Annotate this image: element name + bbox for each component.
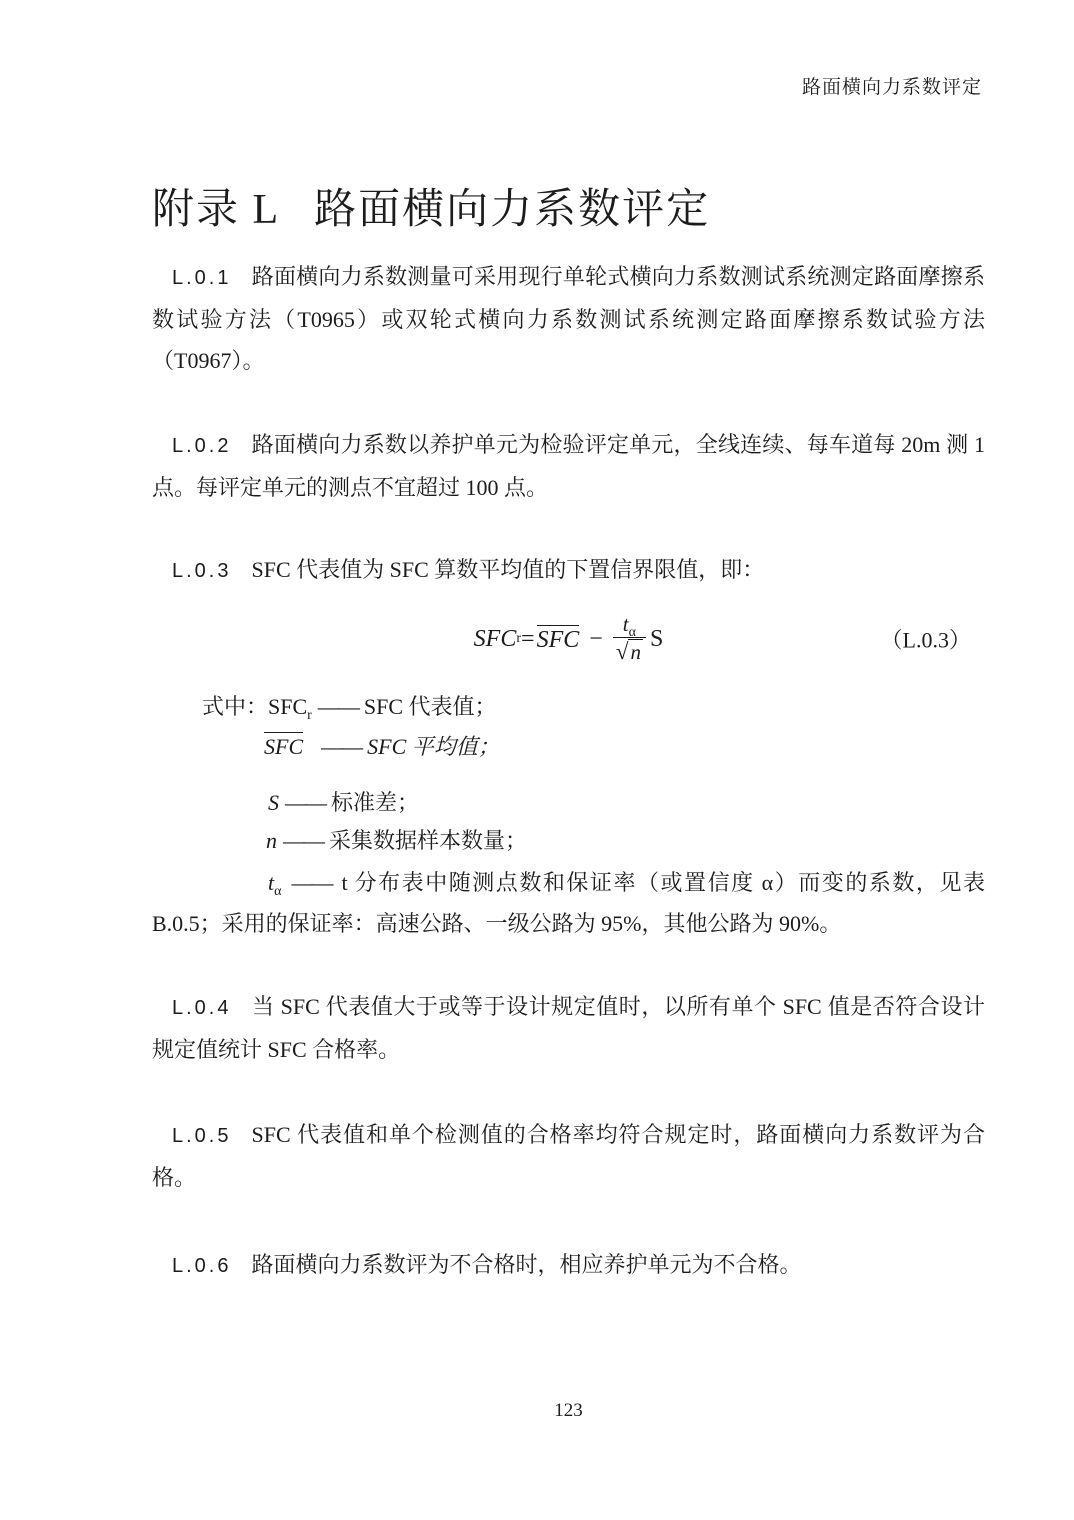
symbol-description: 标准差； (331, 790, 419, 815)
clause-text: 路面横向力系数以养护单元为检验评定单元，全线连续、每车道每 20m 测 1 点。… (152, 432, 985, 500)
appendix-title-text: 路面横向力系数评定 (314, 187, 710, 233)
clause-text: 路面横向力系数评为不合格时，相应养护单元为不合格。 (251, 1252, 801, 1277)
symbol-description: t 分布表中随测点数和保证率（或置信度 α）而变的系数，见表 B.0.5；采用的… (152, 870, 985, 936)
where-row-mean: SFC——SFC 平均值； (152, 726, 985, 767)
symbol-description: SFC 平均值； (367, 734, 500, 759)
radical-sign: √ (616, 639, 629, 664)
clause-l02: L.0.2路面横向力系数以养护单元为检验评定单元，全线连续、每车道每 20m 测… (152, 424, 985, 508)
where-row-n: n——采集数据样本数量； (152, 820, 985, 861)
n-symbol: n (628, 639, 643, 664)
clause-number: L.0.3 (172, 560, 231, 582)
clause-number: L.0.6 (172, 1255, 231, 1277)
definition-dash: —— (321, 734, 361, 759)
minus-sign: − (589, 626, 603, 653)
symbol-n: n (266, 828, 277, 853)
symbol-description: 采集数据样本数量； (329, 828, 527, 853)
where-row-talpha: tα——t 分布表中随测点数和保证率（或置信度 α）而变的系数，见表 B.0.5… (152, 862, 985, 944)
clause-l03: L.0.3SFC 代表值为 SFC 算数平均值的下置信界限值，即： (152, 549, 985, 592)
symbol-description: SFC 代表值； (364, 694, 497, 719)
running-header: 路面横向力系数评定 (802, 72, 982, 99)
definition-dash: —— (318, 694, 358, 719)
symbol-sfcr: SFC (268, 694, 307, 719)
fraction: tα√n (613, 613, 646, 664)
clause-text: SFC 代表值为 SFC 算数平均值的下置信界限值，即： (251, 557, 764, 582)
clause-l06: L.0.6路面横向力系数评为不合格时，相应养护单元为不合格。 (152, 1244, 985, 1287)
equation-number: （L.0.3） (881, 624, 971, 655)
symbol-s: S (268, 790, 279, 815)
s-multiplier: S (650, 626, 663, 653)
formula-l03: SFCr=SFC−tα√nS （L.0.3） (152, 596, 985, 682)
where-row-s: S——标准差； (152, 782, 985, 823)
formula-lhs: SFC (474, 626, 517, 653)
where-intro-row: 式中：SFCr——SFC 代表值； (152, 686, 985, 727)
symbol-sfcr-subscript: r (307, 708, 312, 723)
page-number: 123 (152, 1400, 985, 1422)
document-page: 路面横向力系数评定 附录 L路面横向力系数评定 L.0.1路面横向力系数测量可采… (0, 0, 1074, 1520)
clause-number: L.0.4 (172, 997, 231, 1019)
equals-sign: = (521, 626, 535, 653)
symbol-t-subscript: α (274, 884, 281, 899)
clause-l04: L.0.4当 SFC 代表值大于或等于设计规定值时，以所有单个 SFC 值是否符… (152, 986, 985, 1070)
definition-dash: —— (285, 790, 325, 815)
fraction-numerator: tα (613, 613, 646, 638)
clause-l05: L.0.5SFC 代表值和单个检测值的合格率均符合规定时，路面横向力系数评为合格… (152, 1114, 985, 1198)
page-title: 附录 L路面横向力系数评定 (152, 176, 710, 236)
definition-dash: —— (291, 870, 331, 895)
symbol-sfc-mean: SFC (264, 732, 303, 759)
clause-text: 路面横向力系数测量可采用现行单轮式横向力系数测试系统测定路面摩擦系数试验方法（T… (152, 264, 985, 373)
clause-number: L.0.2 (172, 435, 231, 457)
clause-text: 当 SFC 代表值大于或等于设计规定值时，以所有单个 SFC 值是否符合设计规定… (152, 994, 985, 1062)
clause-number: L.0.1 (172, 267, 231, 289)
formula-mean-overline: SFC (537, 625, 580, 654)
definition-dash: —— (283, 828, 323, 853)
fraction-denominator: √n (616, 638, 643, 664)
clause-text: SFC 代表值和单个检测值的合格率均符合规定时，路面横向力系数评为合格。 (152, 1122, 985, 1190)
appendix-label: 附录 L (152, 187, 280, 233)
clause-number: L.0.5 (172, 1125, 231, 1147)
clause-l01: L.0.1路面横向力系数测量可采用现行单轮式横向力系数测试系统测定路面摩擦系数试… (152, 256, 985, 381)
equation: SFCr=SFC−tα√nS (474, 613, 664, 664)
where-label: 式中： (202, 694, 268, 719)
